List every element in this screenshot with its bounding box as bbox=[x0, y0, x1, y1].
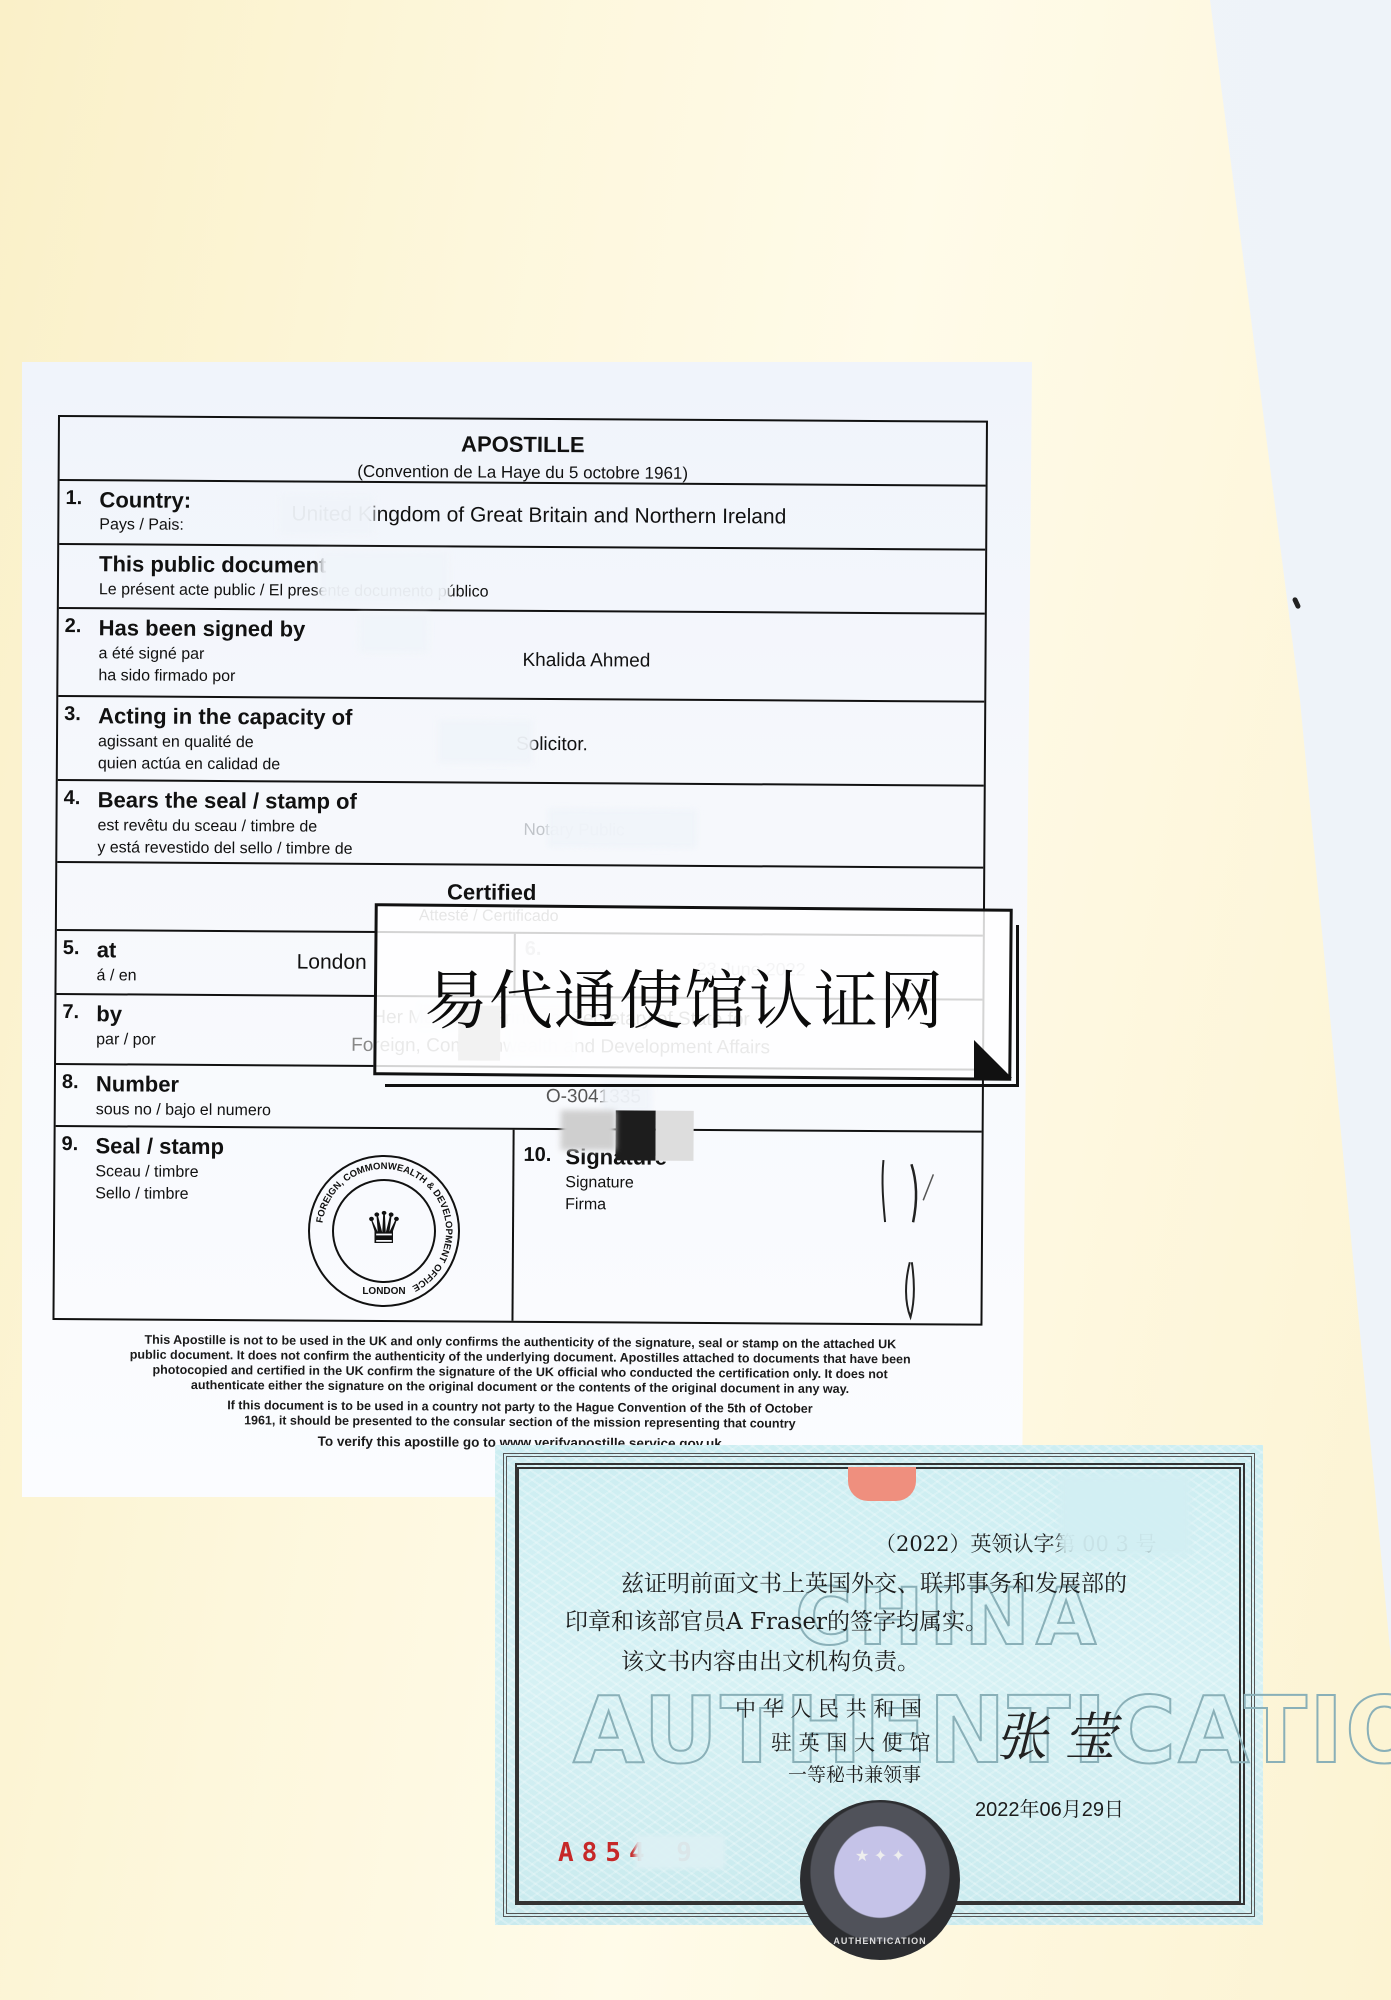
place-value: London bbox=[297, 950, 367, 974]
cert-bg-word-authentication: AUTHENTICATION bbox=[573, 1677, 1391, 1784]
cert-issuer3: 一等秘书兼领事 bbox=[788, 1760, 921, 1787]
stars-icon: ★ ✦ ✦ bbox=[800, 1846, 960, 1866]
cert-line2: 印章和该部官员A Fraser的签字均属实。 bbox=[565, 1603, 988, 1636]
cert-issuer2: 驻 英 国 大 使 馆 bbox=[771, 1727, 930, 1757]
field-capacity: 3. Acting in the capacity of agissant en… bbox=[58, 695, 984, 785]
consul-signature: 张 莹 bbox=[995, 1695, 1116, 1770]
footer-disclaimer: This Apostille is not to be used in the … bbox=[125, 1333, 915, 1398]
signature-stroke bbox=[874, 1152, 935, 1322]
field-country: 1. Country: Pays / Pais: United Kingdom … bbox=[59, 479, 985, 549]
seal-city: LONDON bbox=[310, 1286, 458, 1297]
cert-line1: 兹证明前面文书上英国外交、联邦事务和发展部的 bbox=[621, 1565, 1127, 1598]
field-seal-of: 4. Bears the seal / stamp of est revêtu … bbox=[57, 779, 983, 867]
fcdo-seal: FOREIGN, COMMONWEALTH & DEVELOPMENT OFFI… bbox=[308, 1155, 460, 1307]
hologram-seal: ★ ✦ ✦ AUTHENTICATION bbox=[800, 1800, 960, 1960]
field-signed-by: 2. Has been signed by a été signé par ha… bbox=[58, 607, 985, 701]
watermark-corner bbox=[974, 1040, 1012, 1078]
hologram-text: AUTHENTICATION bbox=[800, 1936, 960, 1946]
cert-line3: 该文书内容由出文机构负责。 bbox=[621, 1643, 920, 1676]
cert-issuer1: 中 华 人 民 共 和 国 bbox=[735, 1693, 922, 1723]
footer-hague-note: If this document is to be used in a coun… bbox=[125, 1398, 915, 1433]
seal-inner-ring: ♛ bbox=[332, 1179, 436, 1283]
signed-by-value: Khalida Ahmed bbox=[522, 650, 650, 673]
royal-crest-icon: ♛ bbox=[334, 1203, 434, 1254]
apostille-table: APOSTILLE (Convention de La Haye du 5 oc… bbox=[52, 415, 988, 1326]
apostille-title: APOSTILLE bbox=[60, 429, 986, 461]
field-seal-signature: 9. Seal / stamp Sceau / timbre Sello / t… bbox=[54, 1125, 981, 1324]
field-public-document: This public document Le présent acte pub… bbox=[59, 543, 985, 613]
paper-mark bbox=[1292, 597, 1302, 610]
watermark-text: 易代通使馆认证网 bbox=[424, 950, 944, 1042]
apostille-footer: This Apostille is not to be used in the … bbox=[125, 1333, 916, 1458]
national-emblem-icon bbox=[848, 1467, 916, 1501]
cert-date: 2022年06月29日 bbox=[975, 1793, 1124, 1822]
